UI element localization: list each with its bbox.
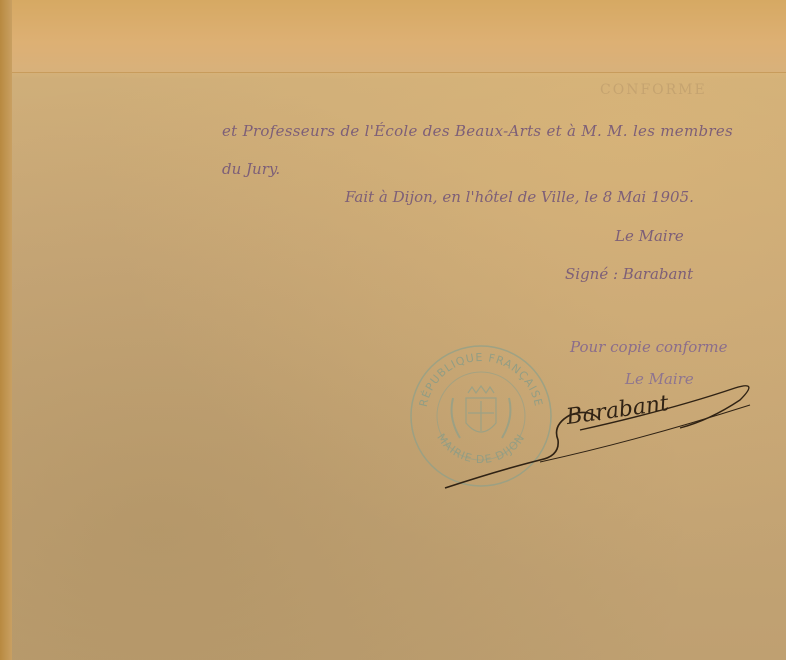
signed-line: Signé : Barabant xyxy=(565,265,693,283)
paper-top-band xyxy=(0,0,786,73)
body-line-2: du Jury. xyxy=(222,160,280,178)
signature-flourish-icon xyxy=(440,370,760,495)
mayor-title: Le Maire xyxy=(615,227,684,245)
paper-left-edge xyxy=(0,0,12,660)
place-date-line: Fait à Dijon, en l'hôtel de Ville, le 8 … xyxy=(345,188,694,206)
show-through-text: CONFORME xyxy=(600,82,707,98)
body-line-1: et Professeurs de l'École des Beaux-Arts… xyxy=(222,122,733,140)
certified-copy-line: Pour copie conforme xyxy=(570,338,728,356)
paper-background xyxy=(0,0,786,660)
